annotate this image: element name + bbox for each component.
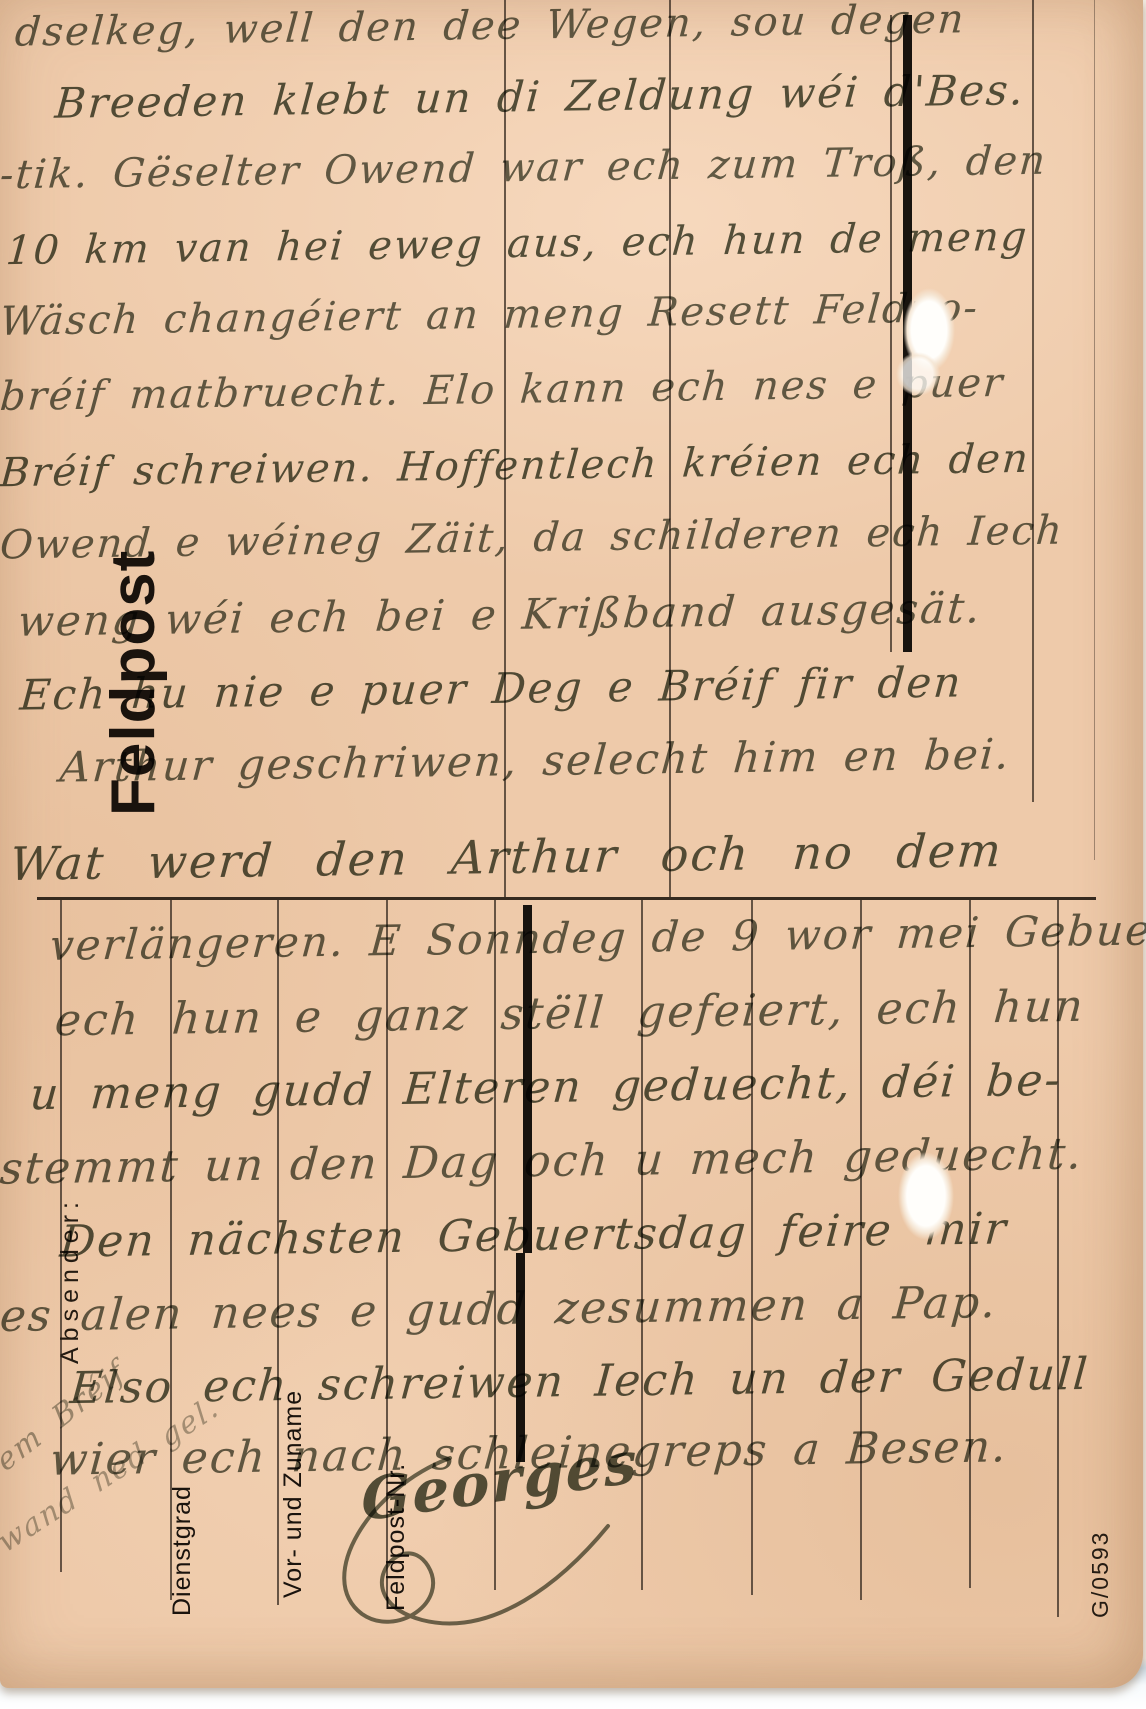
signature-flourish [300, 1430, 630, 1660]
handwritten-line: verlängeren. E Sonndeg de 9 wor mei Gebu… [49, 907, 1146, 967]
dienstgrad-label: Dienstgrad [170, 1485, 195, 1616]
handwritten-line: dselkeg, well den dee Wegen, sou degen [14, 0, 967, 53]
handwritten-line: es alen nees e gudd zesummen a Pap. [0, 1281, 999, 1339]
serial-number: G/0593 [1089, 1531, 1112, 1618]
handwritten-line: Breeden klebt un di Zeldung wéi d'Bes. [54, 69, 1027, 125]
handwritten-line: Elso ech schreiwen Iech un der Gedull [68, 1353, 1090, 1411]
punch-hole [898, 1152, 954, 1240]
feldpost-card-scan: Feldpost Absender: Dienstgrad Vor- und Z… [0, 0, 1146, 1709]
feldpost-card: Feldpost Absender: Dienstgrad Vor- und Z… [0, 0, 1143, 1688]
handwritten-line: ech hun e ganz stëll gefeiert, ech hun [53, 985, 1086, 1043]
handwritten-line: Den nächsten Gebuertsdag feire mir [58, 1207, 1009, 1264]
ruled-line [1094, 0, 1095, 860]
handwritten-line: Ech hu nie e puer Deg e Bréif fir den [19, 661, 964, 716]
ruled-line [1032, 0, 1034, 802]
punch-hole-lobe [896, 352, 940, 396]
handwritten-line: 10 km van hei eweg aus, ech hun de meng [5, 217, 1030, 271]
horizontal-separator-line [37, 897, 1096, 900]
handwritten-line: u meng gudd Elteren geduecht, déi be- [28, 1059, 1063, 1117]
handwritten-line: Arthur geschriwen, selecht him en bei. [59, 733, 1013, 788]
handwritten-line: weng wéi ech bei e Krißband ausgesät. [17, 587, 984, 643]
handwritten-line: Wat werd den Arthur och no dem [8, 827, 1004, 887]
handwritten-line: Wäsch changéiert an meng Resett Feldpo- [0, 288, 980, 342]
handwritten-line: Bréif schreiwen. Hoffentlech kréien ech … [0, 439, 1031, 493]
handwritten-line: bréif matbruecht. Elo kann ech nes e pue… [0, 363, 1006, 417]
